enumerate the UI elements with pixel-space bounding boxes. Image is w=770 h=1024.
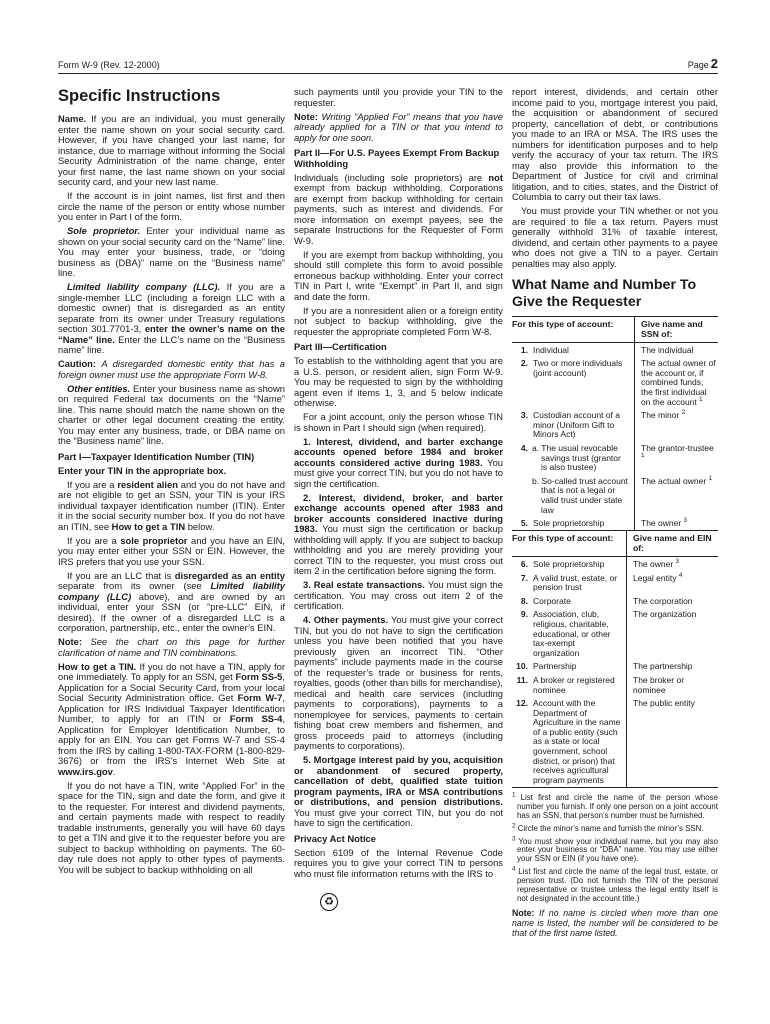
page-number-value: 2 [711, 56, 718, 71]
account-table-ein: For this type of account:Give name and E… [512, 530, 718, 788]
table-row: 5.Sole proprietorshipThe owner 3 [512, 517, 718, 531]
account-type-cell: Sole proprietorship [532, 557, 627, 571]
account-type-cell: Partnership [532, 660, 627, 674]
page-header: Form W-9 (Rev. 12-2000) Page2 [58, 56, 718, 71]
account-type-cell: Individual [532, 343, 635, 357]
page-label: Page [688, 60, 709, 70]
section-heading: Part I—Taxpayer Identification Number (T… [58, 452, 285, 463]
row-number: 6. [512, 557, 532, 571]
paragraph: If you are an LLC that is disregarded as… [58, 571, 285, 634]
column-middle-content: such payments until you provide your TIN… [294, 87, 503, 879]
row-number: 7. [512, 571, 532, 594]
section-heading: Specific Instructions [58, 87, 285, 106]
content-columns: Specific InstructionsName. If you are an… [58, 87, 718, 942]
section-heading: Part III—Certification [294, 342, 503, 353]
footnote: 3 You must show your individual name, bu… [512, 838, 718, 865]
row-number: 1. [512, 343, 532, 357]
table-header-account: For this type of account: [512, 317, 635, 343]
account-type-cell: A valid trust, estate, or pension trust [532, 571, 627, 594]
give-name-cell: The grantor-trustee 1 [635, 442, 719, 475]
paragraph: Name. If you are an individual, you must… [58, 114, 285, 188]
row-number: 5. [512, 517, 532, 531]
table-row: 4.a. The usual revocable savings trust (… [512, 442, 718, 475]
account-type-cell: Corporate [532, 594, 627, 608]
section-heading: Part II—For U.S. Payees Exempt From Back… [294, 148, 503, 169]
table-row: 1.IndividualThe individual [512, 343, 718, 357]
row-number: 2. [512, 357, 532, 409]
row-number: 8. [512, 594, 532, 608]
paragraph: 1. Interest, dividend, and barter exchan… [294, 437, 503, 490]
paragraph: Limited liability company (LLC). If you … [58, 282, 285, 356]
row-number: 4. [512, 442, 532, 475]
section-heading: Privacy Act Notice [294, 834, 503, 845]
account-type-cell: Association, club, religious, charitable… [532, 608, 627, 660]
paragraph: To establish to the withholding agent th… [294, 356, 503, 409]
paragraph: If you are a sole proprietor and you hav… [58, 536, 285, 568]
paragraph: If you are a nonresident alien or a fore… [294, 306, 503, 338]
footnote: 1 List first and circle the name of the … [512, 794, 718, 821]
row-number: 11. [512, 673, 532, 696]
table-header-give: Give name and EIN of: [627, 531, 719, 557]
column-right-wrap: report interest, dividends, and certain … [512, 87, 718, 942]
account-type-cell: Custodian account of a minor (Uniform Gi… [532, 409, 635, 442]
paragraph: 2. Interest, dividend, broker, and barte… [294, 493, 503, 577]
give-name-cell: The actual owner of the account or, if c… [635, 357, 719, 409]
table-row: 7.A valid trust, estate, or pension trus… [512, 571, 718, 594]
row-number: 9. [512, 608, 532, 660]
form-revision-label: Form W-9 (Rev. 12-2000) [58, 60, 160, 70]
paragraph: If you are a resident alien and you do n… [58, 480, 285, 533]
page-number: Page2 [688, 56, 718, 71]
paragraph: 5. Mortgage interest paid by you, acquis… [294, 755, 503, 829]
recycled-paper-icon: ♻ [320, 893, 338, 911]
document-page: Form W-9 (Rev. 12-2000) Page2 Specific I… [0, 0, 770, 1024]
table-row: 2.Two or more individuals (joint account… [512, 357, 718, 409]
footnotes: 1 List first and circle the name of the … [512, 794, 718, 904]
paragraph: If the account is in joint names, list f… [58, 191, 285, 223]
footnote: 4 List first and circle the name of the … [512, 868, 718, 904]
give-name-cell: The organization [627, 608, 719, 660]
table-row: 6.Sole proprietorshipThe owner 3 [512, 557, 718, 571]
paragraph: 3. Real estate transactions. You must si… [294, 580, 503, 612]
column-left-content: Specific InstructionsName. If you are an… [58, 87, 285, 942]
table-note: Note: If no name is circled when more th… [512, 909, 718, 939]
table-row: 12.Account with the Department of Agricu… [512, 697, 718, 788]
paragraph: Note: See the chart on this page for fur… [58, 637, 285, 658]
account-type-cell: Account with the Department of Agricultu… [532, 697, 627, 788]
give-name-cell: The actual owner 1 [635, 474, 719, 516]
paragraph: If you do not have a TIN, write “Applied… [58, 781, 285, 876]
give-name-cell: The owner 3 [627, 557, 719, 571]
give-name-cell: The individual [635, 343, 719, 357]
paragraph: Note: Writing “Applied For” means that y… [294, 112, 503, 144]
column-middle-wrap: such payments until you provide your TIN… [294, 87, 503, 942]
paragraph: such payments until you provide your TIN… [294, 87, 503, 108]
paragraph: For a joint account, only the person who… [294, 412, 503, 433]
column-right-content: report interest, dividends, and certain … [512, 87, 718, 310]
paragraph: You must provide your TIN whether or not… [512, 206, 718, 269]
account-type-cell: Sole proprietorship [532, 517, 635, 531]
give-name-cell: Legal entity 4 [627, 571, 719, 594]
row-number: 10. [512, 660, 532, 674]
paragraph: 4. Other payments. You must give your co… [294, 615, 503, 752]
paragraph: Section 6109 of the Internal Revenue Cod… [294, 848, 503, 880]
paragraph: Other entities. Enter your business name… [58, 384, 285, 447]
paragraph: Caution: A disregarded domestic entity t… [58, 359, 285, 380]
section-heading: What Name and Number To Give the Request… [512, 277, 718, 310]
paragraph: Enter your TIN in the appropriate box. [58, 466, 285, 477]
table-row: b. So-called trust account that is not a… [512, 474, 718, 516]
row-number: 3. [512, 409, 532, 442]
account-type-cell: A broker or registered nominee [532, 673, 627, 696]
paragraph: Individuals (including sole proprietors)… [294, 173, 503, 247]
paragraph: How to get a TIN. If you do not have a T… [58, 662, 285, 778]
give-name-cell: The minor 2 [635, 409, 719, 442]
account-type-cell: a. The usual revocable savings trust (gr… [532, 442, 635, 475]
table-row: 9.Association, club, religious, charitab… [512, 608, 718, 660]
account-table-ssn: For this type of account:Give name and S… [512, 316, 718, 530]
paragraph: report interest, dividends, and certain … [512, 87, 718, 203]
table-header-account: For this type of account: [512, 531, 627, 557]
give-name-cell: The broker or nominee [627, 673, 719, 696]
table-header-give: Give name and SSN of: [635, 317, 719, 343]
account-type-cell: Two or more individuals (joint account) [532, 357, 635, 409]
footnote: 2 Circle the minor’s name and furnish th… [512, 825, 718, 834]
table-row: 10.PartnershipThe partnership [512, 660, 718, 674]
give-name-cell: The public entity [627, 697, 719, 788]
account-type-cell: b. So-called trust account that is not a… [532, 474, 635, 516]
give-name-cell: The owner 3 [635, 517, 719, 531]
table-row: 11.A broker or registered nomineeThe bro… [512, 673, 718, 696]
paragraph: If you are exempt from backup withholdin… [294, 250, 503, 303]
row-number [512, 474, 532, 516]
header-rule [58, 73, 718, 74]
table-row: 8.CorporateThe corporation [512, 594, 718, 608]
give-name-cell: The corporation [627, 594, 719, 608]
row-number: 12. [512, 697, 532, 788]
paragraph: Sole proprietor. Enter your individual n… [58, 226, 285, 279]
give-name-cell: The partnership [627, 660, 719, 674]
table-row: 3.Custodian account of a minor (Uniform … [512, 409, 718, 442]
